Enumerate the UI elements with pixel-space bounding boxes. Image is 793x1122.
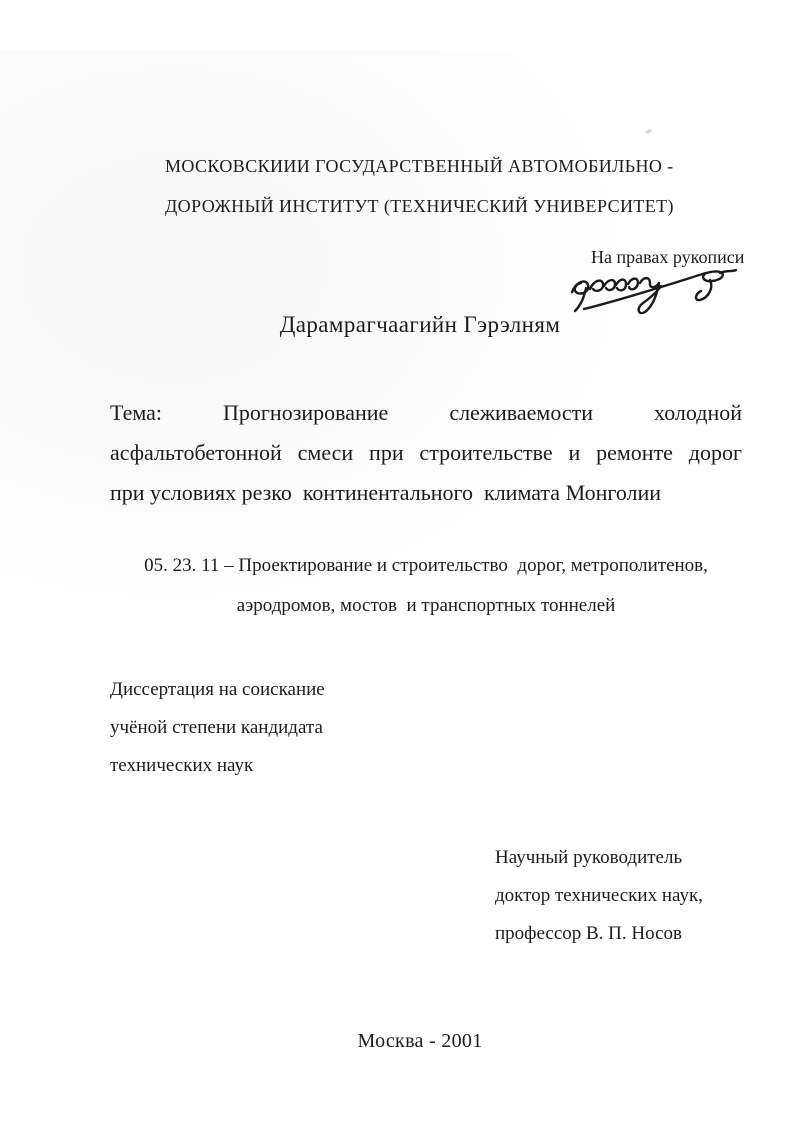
dissertation-title-page: МОСКОВСКИИИ ГОСУДАРСТВЕННЫЙ АВТОМОБИЛЬНО…: [0, 0, 793, 1122]
specialty-line-2: аэродромов, мостов и транспортных тоннел…: [110, 586, 742, 626]
city-year: Москва - 2001: [0, 1030, 793, 1053]
degree-line-3: технических наук: [110, 747, 325, 785]
author-name: Дарамрагчаагийн Гэрэлням: [0, 312, 793, 338]
thesis-title-line-1: Тема: Прогнозирование слеживаемости холо…: [110, 393, 742, 433]
supervisor-line-2: доктор технических наук,: [495, 877, 703, 915]
specialty-code-block: 05. 23. 11 – Проектирование и строительс…: [110, 546, 742, 626]
degree-statement: Диссертация на соискание учёной степени …: [110, 671, 325, 785]
supervisor-line-3: профессор В. П. Носов: [495, 915, 703, 953]
institution-line-1: МОСКОВСКИИИ ГОСУДАРСТВЕННЫЙ АВТОМОБИЛЬНО…: [165, 146, 740, 186]
supervisor-block: Научный руководитель доктор технических …: [495, 839, 703, 953]
supervisor-line-1: Научный руководитель: [495, 839, 703, 877]
thesis-title-line-2: асфальтобетонной смеси при строительстве…: [110, 433, 742, 473]
specialty-line-1: 05. 23. 11 – Проектирование и строительс…: [110, 546, 742, 586]
thesis-title: Тема: Прогнозирование слеживаемости холо…: [110, 393, 742, 513]
degree-line-1: Диссертация на соискание: [110, 671, 325, 709]
institution-line-2: ДОРОЖНЫЙ ИНСТИТУТ (ТЕХНИЧЕСКИЙ УНИВЕРСИТ…: [165, 186, 740, 226]
institution-header: МОСКОВСКИИИ ГОСУДАРСТВЕННЫЙ АВТОМОБИЛЬНО…: [165, 146, 740, 226]
thesis-title-line-3: при условиях резко континентального клим…: [110, 473, 742, 513]
scan-artifact: [645, 129, 653, 135]
degree-line-2: учёной степени кандидата: [110, 709, 325, 747]
